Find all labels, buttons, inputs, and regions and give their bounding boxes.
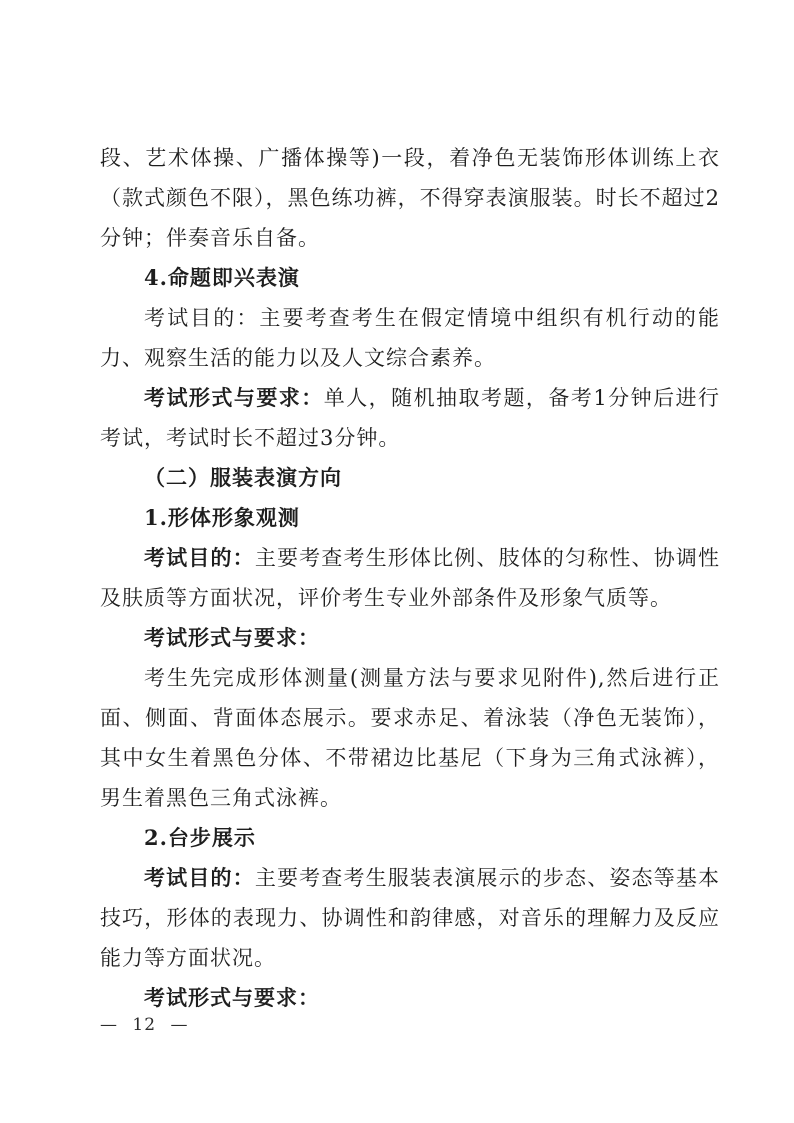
document-body: 段、艺术体操、广播体操等)一段，着净色无装饰形体训练上衣（款式颜色不限），黑色练… [100,138,720,1018]
bold-text-segment: 考试形式与要求： [144,985,320,1010]
bold-text-segment: 考试形式与要求： [144,625,320,650]
bold-text-segment: 考试目的： [144,545,255,570]
paragraph: 考试目的：主要考查考生在假定情境中组织有机行动的能力、观察生活的能力以及人文综合… [100,298,720,378]
text-segment: 考试目的：主要考查考生在假定情境中组织有机行动的能力、观察生活的能力以及人文综合… [100,306,720,370]
paragraph: 段、艺术体操、广播体操等)一段，着净色无装饰形体训练上衣（款式颜色不限），黑色练… [100,138,720,258]
paragraph: 考试目的：主要考查考生服装表演展示的步态、姿态等基本技巧，形体的表现力、协调性和… [100,858,720,978]
document-page: 段、艺术体操、广播体操等)一段，着净色无装饰形体训练上衣（款式颜色不限），黑色练… [0,0,794,1123]
heading: 2.台步展示 [100,818,720,858]
text-segment: 段、艺术体操、广播体操等)一段，着净色无装饰形体训练上衣（款式颜色不限），黑色练… [100,146,720,250]
heading: 考试形式与要求： [100,618,720,658]
heading: 考试形式与要求： [100,978,720,1018]
bold-text-segment: （二）服装表演方向 [144,465,342,490]
bold-text-segment: 考试目的： [144,865,255,890]
heading: 4.命题即兴表演 [100,258,720,298]
paragraph: 考试目的：主要考查考生形体比例、肢体的匀称性、协调性及肤质等方面状况，评价考生专… [100,538,720,618]
bold-text-segment: 4.命题即兴表演 [144,265,300,290]
page-number: — 12 — [100,1013,188,1037]
heading: （二）服装表演方向 [100,458,720,498]
text-segment: 考生先完成形体测量(测量方法与要求见附件),然后进行正面、侧面、背面体态展示。要… [100,666,720,810]
paragraph: 考试形式与要求：单人，随机抽取考题，备考1分钟后进行考试，考试时长不超过3分钟。 [100,378,720,458]
paragraph: 考生先完成形体测量(测量方法与要求见附件),然后进行正面、侧面、背面体态展示。要… [100,658,720,818]
heading: 1.形体形象观测 [100,498,720,538]
bold-text-segment: 1.形体形象观测 [144,505,300,530]
bold-text-segment: 2.台步展示 [144,825,256,850]
bold-text-segment: 考试形式与要求： [144,385,324,410]
